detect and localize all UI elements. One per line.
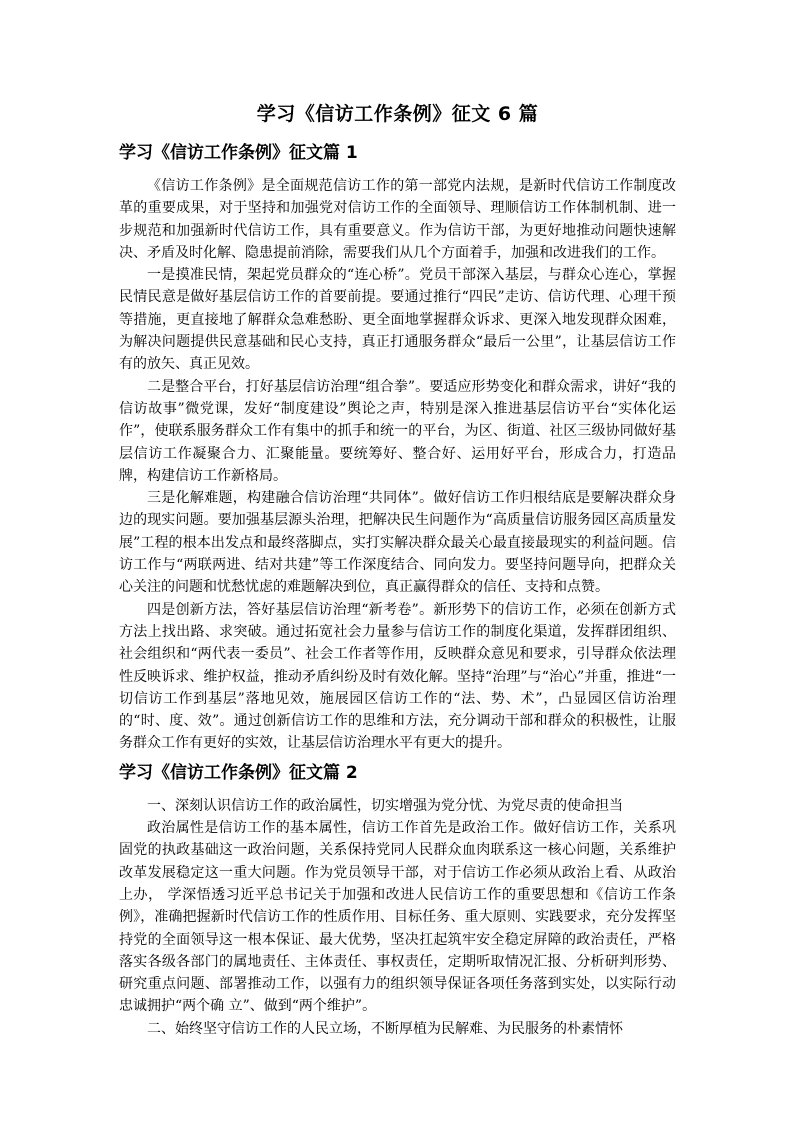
section-2-paragraph-2: 政治属性是信访工作的基本属性，信访工作首先是政治工作。做好信访工作，关系巩固党的…: [119, 817, 676, 1018]
document-page: 学习《信访工作条例》征文 6 篇 学习《信访工作条例》征文篇 1 《信访工作条例…: [0, 0, 794, 1122]
section-2-heading: 学习《信访工作条例》征文篇 2: [119, 761, 676, 785]
section-1-heading: 学习《信访工作条例》征文篇 1: [119, 141, 676, 165]
section-2-paragraph-1: 一、深刻认识信访工作的政治属性，切实增强为党分忧、为党尽责的使命担当: [119, 795, 676, 817]
document-title: 学习《信访工作条例》征文 6 篇: [119, 101, 676, 127]
section-1-paragraph-4: 三是化解难题，构建融合信访治理“共同体”。做好信访工作归根结底是要解决群众身边的…: [119, 487, 676, 598]
section-1-paragraph-1: 《信访工作条例》是全面规范信访工作的第一部党内法规，是新时代信访工作制度改革的重…: [119, 175, 676, 264]
essay-section-2: 学习《信访工作条例》征文篇 2 一、深刻认识信访工作的政治属性，切实增强为党分忧…: [119, 761, 676, 1040]
section-2-paragraph-3: 二、始终坚守信访工作的人民立场，不断厚植为民解难、为民服务的朴素情怀: [119, 1018, 676, 1040]
section-1-paragraph-5: 四是创新方法，答好基层信访治理“新考卷”。新形势下的信访工作，必须在创新方式方法…: [119, 599, 676, 755]
essay-section-1: 学习《信访工作条例》征文篇 1 《信访工作条例》是全面规范信访工作的第一部党内法…: [119, 141, 676, 755]
section-1-paragraph-2: 一是摸准民情，架起党员群众的“连心桥”。党员干部深入基层，与群众心连心，掌握民情…: [119, 264, 676, 375]
section-1-paragraph-3: 二是整合平台，打好基层信访治理“组合拳”。要适应形势变化和群众需求，讲好“我的信…: [119, 376, 676, 487]
